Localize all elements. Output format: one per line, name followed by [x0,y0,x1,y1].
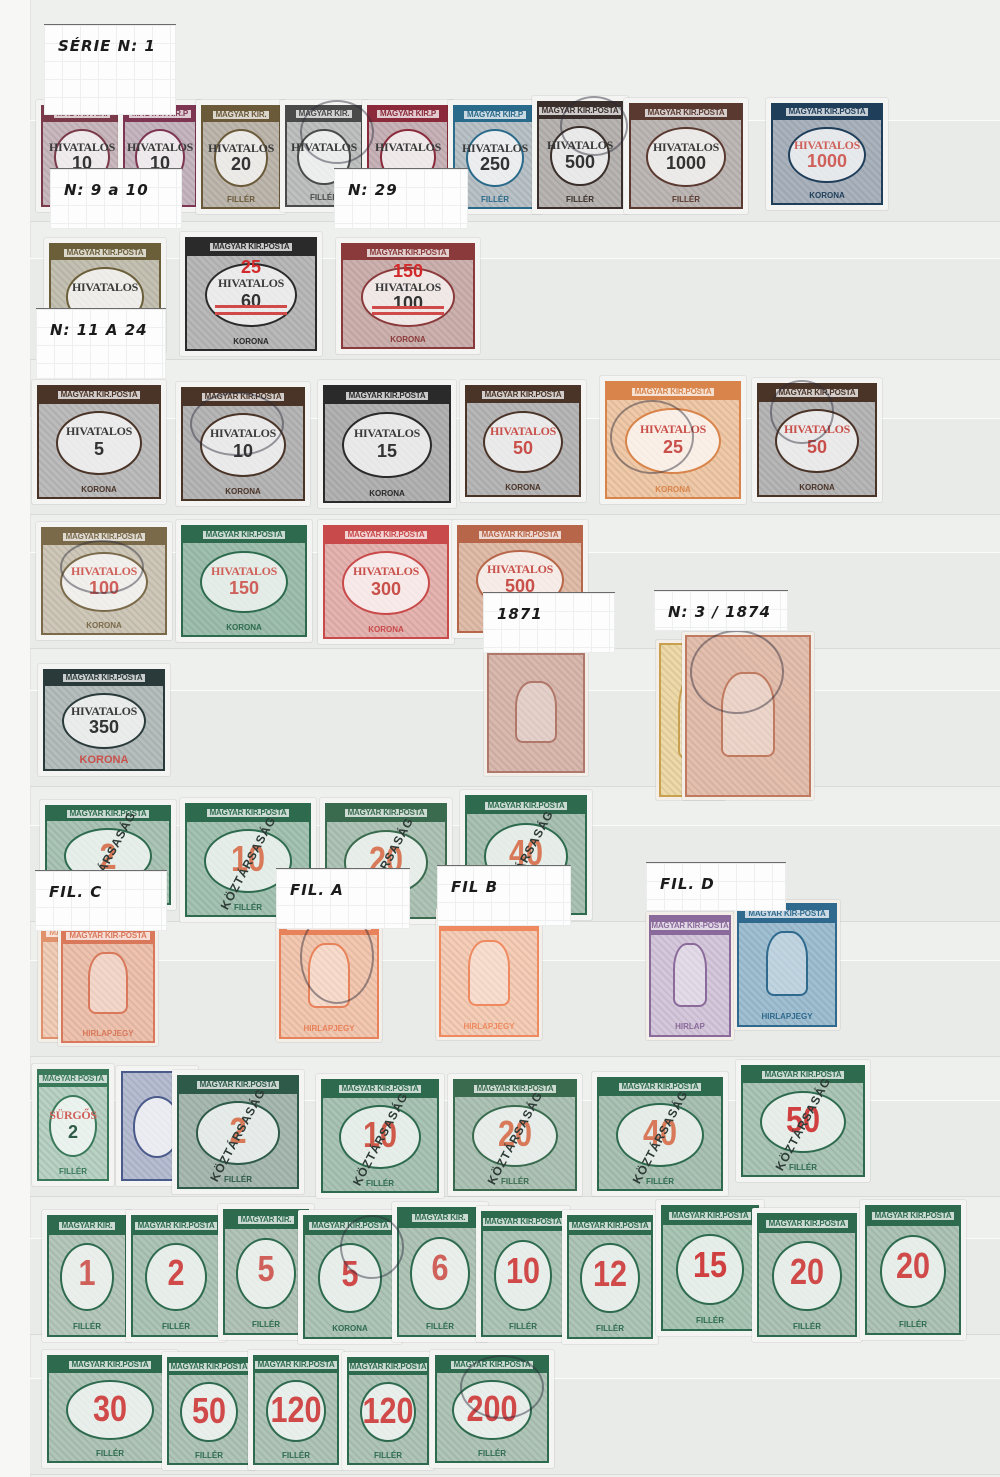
label-text: SÉRIE N: 1 [58,37,156,55]
crest-emblem-icon [515,681,556,744]
postmark-cancel [300,100,374,164]
postmark-cancel [690,630,784,714]
label-n29: N: 29 [334,168,468,229]
stamp-denomination: 5 [231,1248,301,1290]
stamp-design: MAGYAR KIR.POSTA50FILLÉR [167,1357,251,1465]
stamp-header: MAGYAR KIR.POSTA [773,105,881,120]
stamp-design: MAGYAR KIR.POSTA120FILLÉR [253,1355,339,1465]
stamp-header-text: MAGYAR KIR. [412,1214,469,1222]
stamp-denomination: 150 [183,578,305,599]
stamp-header-text: MAGYAR KIR.POSTA [346,392,429,400]
stamp-design: MAGYAR KIR.6FILLÉR [397,1207,483,1337]
stamp-header-text: MAGYAR KIR.POSTA [669,1212,752,1220]
stamp: MAGYAR KIR.HIVATALOS20FILLÉR [196,100,286,214]
stamp-header-text: MAGYAR KIR. [238,1216,295,1224]
stamp-header-text: MAGYAR KIR.P [377,110,439,118]
stamp: MAGYAR KIR.6FILLÉR [392,1202,488,1342]
stamp-denomination: 50 [467,438,579,459]
stamp-currency: KORONA [467,483,579,492]
stamp-currency: FILLÉR [49,1322,125,1331]
stamp: MAGYAR KIR.POSTAHIVATALOS1000FILLÉR [624,98,748,214]
stamp-header-text: MAGYAR KIR.POSTA [69,1361,152,1369]
label-n9: N: 9 a 10 [50,168,182,229]
stamp: MAGYAR KIR.POSTAHIVATALOS5KORONA [32,380,166,504]
stamp-design: MAGYAR KIR.POSTA2FILLÉRKÖZTÁRSASÁG [177,1075,299,1189]
stamp-header-text: MAGYAR KIR.POSTA [632,388,715,396]
stamp-header-text: MAGYAR KIR.POSTA [479,531,562,539]
stamp-currency: KORONA [773,191,881,200]
stamp-header: MAGYAR KIR.POSTA [483,1213,563,1231]
stamp-inscription: HIVATALOS [39,424,159,439]
postmark-cancel [60,540,144,594]
stamp-header: MAGYAR KIR.POSTA [631,105,741,120]
stamp-denomination: 2 [139,1252,212,1294]
stamp-header: MAGYAR KIR.POSTA [51,245,159,260]
stamp [484,650,588,776]
stamp-design: MAGYAR KIR.POSTA30FILLÉR [47,1355,173,1463]
label-serie: SÉRIE N: 1 [44,24,176,115]
stamp-currency: KORONA [607,485,739,494]
stamp-header-text: MAGYAR KIR.POSTA [482,391,565,399]
stamp-design: MAGYAR KIR.POSTAHIVATALOS300KORONA [323,525,449,639]
stamp-header: MAGYAR KIR.POSTA [455,1081,575,1097]
label-text: FIL. A [290,881,344,899]
stamp-currency: KORONA [39,485,159,494]
cancel-bar [215,312,287,315]
stamp-header-text: MAGYAR KIR.POSTA [58,391,141,399]
stamp-header: MAGYAR KIR.POSTA [327,805,445,822]
stamp: MAGYAR KIR.POSTA40FILLÉRKÖZTÁRSASÁG [592,1072,728,1196]
stamp-header: MAGYAR KIR.POSTA [39,387,159,404]
stamp-header: MAGYAR KIR.POSTA [179,1077,297,1094]
stamp-header: MAGYAR KIR.POSTA [459,527,581,543]
stamp-design: MAGYAR POSTASÜRGŐS2FILLÉR [37,1069,109,1181]
stamp-currency: FILLÉR [743,1163,863,1172]
stamp-header-text: MAGYAR KIR.POSTA [569,1222,651,1230]
stamp-header: MAGYAR KIR.POSTA [607,383,739,400]
stamp-denomination: 30 [58,1388,162,1430]
stamp-currency: FILLÉR [399,1322,481,1331]
stamp-denomination: 120 [355,1390,421,1432]
label-fil-c: FIL. C [35,870,167,931]
stamp-denomination: 15 [670,1244,750,1286]
stamp-header-text: MAGYAR KIR-POSTA [651,922,729,930]
stamp-header: MAGYAR KIR.POSTA [343,245,473,260]
label-text: N: 29 [348,181,398,199]
stamp-currency: HIRLAPJEGY [739,1012,835,1021]
stamp: MAGYAR KIR.POSTA12FILLÉR [562,1210,658,1344]
stamp-header-text: MAGYAR KIR.POSTA [169,1363,249,1371]
stamp-currency: KORONA [343,335,473,344]
postmark-cancel [770,380,834,444]
stamp-header: MAGYAR KIR.POSTA [323,1081,437,1098]
stamp-design: MAGYAR KIR-POSTAHIRLAP [649,915,731,1037]
label-text: FIL. D [660,875,715,893]
stamp-currency: FILLÉR [483,1322,563,1331]
stamp-currency: KORONA [325,489,449,498]
label-text: N: 3 / 1874 [668,603,771,621]
stamp: MAGYAR KIR.POSTA10FILLÉRKÖZTÁRSASÁG [316,1074,444,1198]
stamp-currency: FILLÉR [203,195,279,204]
stamp-currency: FILLÉR [49,1449,171,1458]
stamp-denomination: 1000 [773,151,881,172]
stamp-design: MAGYAR KIR.POSTA20FILLÉR [757,1213,857,1337]
crest-emblem-icon [673,943,707,1007]
stamp-header-text: MAGYAR KIR.POSTA [135,1222,218,1230]
postmark-cancel [190,392,284,456]
stamp: MAGYAR KIR-POSTAHIRLAPJEGY [734,900,840,1030]
stamp: MAGYAR KIR.POSTAHIVATALOS1000KORONA [766,98,888,210]
stamp-header: MAGYAR KIR.POSTA [255,1357,337,1373]
stamp: MAGYAR KIR.POSTAHIVATALOS300KORONA [318,520,454,644]
stamp-currency: FILLÉR [323,1179,437,1188]
stamp-design: MAGYAR KIR.POSTAHIVATALOS5KORONA [37,385,161,499]
stamp-header-text: MAGYAR POSTA [39,1075,107,1083]
stamp: MAGYAR KIR.POSTAHIVATALOS150KORONA [176,520,312,642]
stamp-header: MAGYAR KIR.P [455,107,535,122]
crest-emblem-icon [88,952,128,1014]
stamp: MAGYAR KIR.POSTA15FILLÉR [656,1200,764,1336]
stamp-header-text: MAGYAR KIR.POSTA [345,531,428,539]
stamp: MAGYAR KIR.POSTA20FILLÉRKÖZTÁRSASÁG [448,1074,582,1196]
stamp-inscription: HIVATALOS [325,426,449,441]
stamp-currency: FILLÉR [169,1451,249,1460]
stamp-header: MAGYAR KIR.P [369,107,447,122]
stamp: MAGYAR KIR.POSTA2FILLÉR [126,1210,226,1342]
stamp-header: MAGYAR KIR.POSTA [183,527,305,543]
stamp-design: MAGYAR KIR.POSTA20FILLÉR [865,1205,961,1335]
stamp-currency: FILLÉR [599,1177,721,1186]
stamp-denomination: 60 [187,291,315,312]
stamp-design: MAGYAR KIR.5FILLÉR [223,1209,309,1335]
album-binding-edge [0,0,31,1477]
stamp-currency: HIRLAPJEGY [63,1029,153,1038]
stamp-currency: HIRLAPJEGY [441,1022,537,1031]
stamp-design: MAGYAR KIR-POSTAHIRLAPJEGY [737,903,837,1027]
stamp: MAGYAR POSTASÜRGŐS2FILLÉR [32,1064,114,1186]
stamp: MAGYAR KIR.POSTAHIVATALOS15KORONA [318,380,456,508]
stamp-denomination: 50 [175,1390,243,1432]
stamp-header: MAGYAR KIR. [225,1211,307,1229]
stamp-header: MAGYAR KIR.POSTA [187,805,309,822]
stamp-currency: KORONA [759,483,875,492]
stamp-header: MAGYAR KIR.POSTA [599,1079,721,1096]
stamp: MAGYAR KIR.POSTAHIVATALOS50KORONA [460,380,586,502]
stamp-currency: KORONA [43,621,165,630]
stamp: MAGYAR KIR.1FILLÉR [42,1210,132,1342]
stamp-header: MAGYAR KIR.POSTA [45,671,163,686]
album-page: MAGYAR KIR.HIVATALOS10FILLÉRMAGYAR KIR.P… [0,0,1000,1477]
stamp-currency: FILLÉR [663,1316,757,1325]
stamp-denomination: 20 [874,1245,952,1287]
postmark-cancel [340,1215,404,1279]
stamp-header-text: MAGYAR KIR.POSTA [63,674,146,682]
stamp-denomination: 12 [575,1253,645,1295]
stamp-currency: KORONA [183,487,303,496]
stamp-denomination: 15 [325,441,449,462]
stamp-design: MAGYAR KIR.POSTA40FILLÉRKÖZTÁRSASÁG [597,1077,723,1191]
postmark-cancel [560,96,628,156]
stamp-header-text: MAGYAR KIR.POSTA [349,1363,427,1371]
stamp-currency: FILLÉR [349,1451,427,1460]
glassine-strip [30,258,1000,360]
stamp-currency: KORONA [183,623,305,632]
stamp-currency: KORONA [305,1324,395,1333]
stamp-currency: KORONA [45,754,163,766]
stamp-denomination: 6 [405,1247,475,1289]
stamp: MAGYAR KIR.POSTA20FILLÉR [752,1208,862,1342]
label-fil-d: FIL. D [646,862,786,911]
postmark-cancel [460,1355,544,1419]
stamp-header-text: MAGYAR KIR.POSTA [64,249,147,257]
stamp-currency: KORONA [325,625,447,634]
label-1871: 1871 [483,592,615,653]
label-n11: N: 11 A 24 [36,308,166,379]
label-text: 1871 [497,605,543,623]
stamp-denomination: 300 [325,579,447,600]
stamp-currency: FILLÉR [39,1167,107,1176]
stamp-design: MAGYAR KIR.POSTA10FILLÉR [481,1211,565,1337]
stamp: MAGYAR KIR.POSTA50FILLÉR [162,1352,256,1470]
stamp-inscription: HIVATALOS [369,140,447,155]
stamp: MAGYAR KIR.POSTA50FILLÉRKÖZTÁRSASÁG [736,1060,870,1182]
stamp-header-text: MAGYAR KIR-POSTA [745,910,828,918]
stamp: MAGYAR KIR.POSTA120FILLÉR [248,1350,344,1470]
stamp-design: MAGYAR KIR.POSTAHIVATALOS1000FILLÉR [629,103,743,209]
stamp-header: MAGYAR KIR.POSTA [187,239,315,256]
stamp-header: MAGYAR KIR-POSTA [651,917,729,935]
stamp-design: MAGYAR KIR.POSTAHIVATALOS6025KORONA [185,237,317,351]
stamp-header-text: MAGYAR KIR.POSTA [203,531,286,539]
stamp-denomination: 20 [203,154,279,175]
stamp-design: MAGYAR KIR.POSTA120FILLÉR [347,1357,429,1465]
stamp-header: MAGYAR KIR.POSTA [867,1207,959,1226]
stamp-inscription: HIVATALOS [187,276,315,291]
stamp-currency: FILLÉR [631,195,741,204]
stamp-currency: FILLÉR [867,1320,959,1329]
stamp: MAGYAR KIR.POSTA30FILLÉR [42,1350,178,1468]
stamp-header: MAGYAR KIR.POSTA [759,1215,855,1233]
stamp-header-text: MAGYAR KIR.POSTA [255,1361,337,1369]
stamp-design: MAGYAR KIR-POSTAHIRLAPJEGY [61,925,155,1043]
stamp-header: MAGYAR KIR.POSTA [743,1067,863,1083]
stamp-denomination: 100 [343,293,473,314]
stamp-header-text: MAGYAR KIR.POSTA [872,1212,955,1220]
stamp-inscription: HIVATALOS [183,564,305,579]
stamp-header: MAGYAR KIR.POSTA [349,1359,427,1375]
crest-emblem-icon [766,931,808,996]
stamp-design: MAGYAR KIR.POSTA20FILLÉRKÖZTÁRSASÁG [453,1079,577,1191]
stamp-denomination: 1000 [631,153,741,174]
label-text: N: 11 A 24 [50,321,148,339]
stamp: MAGYAR KIR.POSTA120FILLÉR [342,1352,434,1470]
cancel-bar [372,312,445,315]
stamp-header: MAGYAR KIR.POSTA [467,387,579,403]
stamp-header-text: MAGYAR KIR. [213,111,270,119]
stamp-currency: FILLÉR [539,195,621,204]
stamp-design: MAGYAR KIR.POSTA10FILLÉRKÖZTÁRSASÁG [321,1079,439,1193]
label-n3-1874: N: 3 / 1874 [654,590,788,631]
stamp-currency: FILLÉR [255,1451,337,1460]
stamp-currency: HIRLAP [651,1022,729,1031]
stamp-design: MAGYAR KIR.POSTAHIVATALOS1000KORONA [771,103,883,205]
stamp-denomination: 20 [766,1251,848,1293]
crest-emblem-icon [468,940,510,1006]
stamp-design: MAGYAR KIR.POSTAHIVATALOS150KORONA [181,525,307,637]
stamp-header-text: MAGYAR KIR.P [464,111,526,119]
stamp: MAGYAR KIR.POSTA2FILLÉRKÖZTÁRSASÁG [172,1070,304,1194]
stamp-header-text: MAGYAR KIR.POSTA [645,109,728,117]
label-text: N: 9 a 10 [64,181,149,199]
stamp-header: MAGYAR KIR. [399,1209,481,1228]
stamp-header-text: MAGYAR KIR.POSTA [210,243,293,251]
stamp-design: MAGYAR KIR.POSTA50FILLÉRKÖZTÁRSASÁG [741,1065,865,1177]
stamp-header: MAGYAR KIR.POSTA [663,1207,757,1225]
stamp-inscription: SÜRGŐS [39,1108,107,1123]
stamp-design [487,653,585,773]
stamp-header: MAGYAR KIR.POSTA [47,807,169,821]
stamp-inscription: HIVATALOS [325,564,447,579]
stamp-design: MAGYAR KIR.HIVATALOS20FILLÉR [201,105,281,209]
stamp-currency: FILLÉR [437,1449,547,1458]
stamp-denomination: 350 [45,717,163,738]
stamp-currency: FILLÉR [569,1324,651,1333]
stamp-design: MAGYAR KIR.POSTAHIVATALOS350KORONA [43,669,165,771]
stamp-denomination: 5 [39,439,159,460]
label-fil-b: FIL B [437,865,571,926]
stamp-currency: FILLÉR [759,1322,855,1331]
stamp-header: MAGYAR KIR. [49,1217,125,1235]
stamp-surcharge: 25 [187,257,315,278]
stamp-header-text: MAGYAR KIR-POSTA [66,932,149,940]
stamp-surcharge: 150 [343,261,473,282]
stamp-header-text: MAGYAR KIR.POSTA [367,249,450,257]
stamp-header-text: MAGYAR KIR. [59,1222,116,1230]
stamp: MAGYAR KIR.POSTAHIVATALOS350KORONA [38,664,170,776]
stamp-inscription: HIVATALOS [51,280,159,295]
stamp-currency: HIRLAPJEGY [281,1024,377,1033]
stamp-design: MAGYAR KIR.POSTA12FILLÉR [567,1215,653,1339]
stamp-header: MAGYAR KIR.POSTA [49,1357,171,1373]
stamp: MAGYAR KIR-POSTAHIRLAPJEGY [58,922,158,1046]
stamp-currency: FILLÉR [179,1175,297,1184]
stamp-design: MAGYAR KIR-POSTAHIRLAPJEGY [439,911,539,1037]
stamp: MAGYAR KIR.POSTA20FILLÉR [860,1200,966,1340]
stamp-header: MAGYAR KIR.POSTA [467,797,585,814]
stamp-design: MAGYAR KIR.POSTAHIVATALOS15KORONA [323,385,451,503]
stamp-design: MAGYAR KIR.POSTAHIVATALOS100150KORONA [341,243,475,349]
cancel-bar [372,306,445,309]
stamp-header: MAGYAR KIR.POSTA [133,1217,219,1235]
stamp: MAGYAR KIR.POSTAHIVATALOS100150KORONA [336,238,480,354]
stamp-denomination: 1 [55,1252,120,1294]
stamp-design: MAGYAR KIR.1FILLÉR [47,1215,127,1337]
stamp-denomination: 2 [39,1122,107,1143]
stamp-denomination: 500 [539,152,621,173]
stamp-design: MAGYAR KIR.POSTA2FILLÉR [131,1215,221,1337]
stamp-header: MAGYAR KIR.POSTA [325,527,447,544]
stamp-inscription: HIVATALOS [467,424,579,439]
stamp: MAGYAR KIR-POSTAHIRLAPJEGY [436,908,542,1040]
stamp-currency: KORONA [187,337,315,346]
stamp-header-text: MAGYAR KIR.POSTA [786,108,869,116]
stamp-header: MAGYAR KIR.POSTA [569,1217,651,1235]
stamp-currency: FILLÉR [225,1320,307,1329]
stamp-header: MAGYAR KIR.POSTA [325,387,449,404]
stamp: MAGYAR KIR.POSTA10FILLÉR [476,1206,570,1342]
stamp: MAGYAR KIR.POSTAHIVATALOS6025KORONA [180,232,322,356]
stamp-denomination: 10 [489,1250,557,1292]
stamp-denomination: 120 [261,1389,331,1431]
label-fil-a: FIL. A [276,868,410,929]
stamp-header-text: MAGYAR KIR.POSTA [483,1218,563,1226]
cancel-bar [215,305,287,308]
stamp-design: MAGYAR KIR.POSTA15FILLÉR [661,1205,759,1331]
stamp: MAGYAR KIR-POSTAHIRLAP [646,912,734,1040]
stamp-design: MAGYAR KIR.POSTAHIVATALOS50KORONA [465,385,581,497]
stamp-currency: FILLÉR [455,1177,575,1186]
stamp-header: MAGYAR POSTA [39,1071,107,1087]
stamp-header: MAGYAR KIR. [203,107,279,122]
stamp-header: MAGYAR KIR.POSTA [169,1359,249,1375]
label-text: FIL B [451,878,498,896]
postmark-cancel [610,400,694,474]
stamp-header-text: MAGYAR KIR.POSTA [766,1220,849,1228]
label-text: FIL. C [49,883,102,901]
stamp-currency: FILLÉR [133,1322,219,1331]
